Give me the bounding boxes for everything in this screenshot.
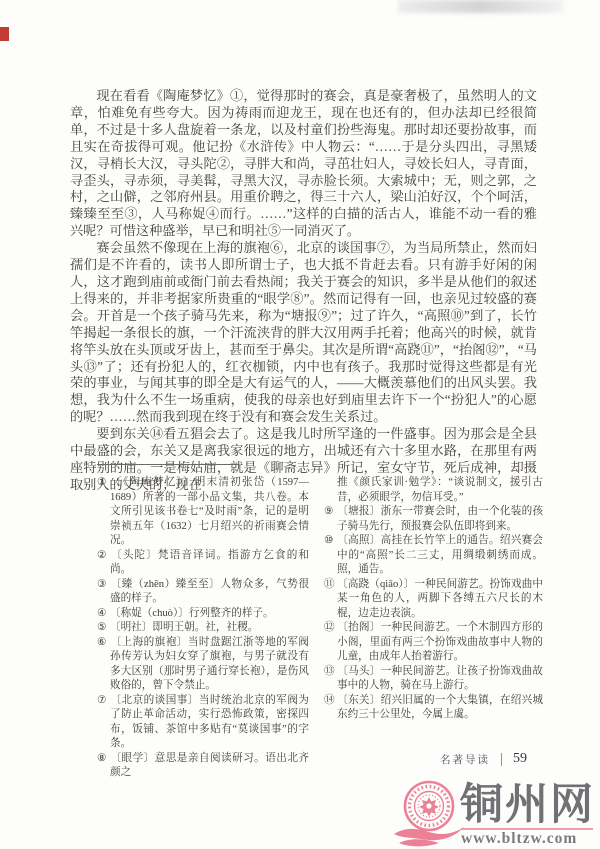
footnote-text: 〔《陶庵梦忆》〕明末清初张岱（1597—1689）所著的一部小品文集，共八卷。本… — [110, 477, 309, 546]
footnote-text: 〔东关〕绍兴旧属的一个大集镇，在绍兴城东约三十公里处，今属上虞。 — [337, 695, 543, 721]
footnote-item: ⑦〔北京的谈国事〕当时统治北京的军阀为了防止革命活动，实行恐怖政策，密探四布，饭… — [97, 694, 309, 752]
footnote-number: ⑩ — [324, 534, 337, 549]
page-footer: 名著导读 59 — [440, 751, 527, 767]
paragraph-2: 赛会虽然不像现在上海的旗袍⑥，北京的谈国事⑦，为当局所禁止，然而妇孺们是不许看的… — [70, 240, 537, 426]
paragraph-1: 现在看看《陶庵梦忆》①，觉得那时的赛会，真是豪奢极了，虽然明人的文章，怕难免有些… — [70, 88, 537, 240]
footnote-text: 〔明社〕即明王朝。社，社稷。 — [110, 622, 258, 633]
footnote-number: ⑥ — [97, 636, 110, 651]
footnote-continuation: 推《颜氏家训·勉学》：“谈说制文，援引古昔，必须眼学，勿信耳受。” — [324, 476, 543, 505]
footnote-item: ⑧〔眼学〕意思是亲自阅读研习。语出北齐颜之 — [97, 752, 309, 781]
main-text-block: 现在看看《陶庵梦忆》①，觉得那时的赛会，真是豪奢极了，虽然明人的文章，怕难免有些… — [70, 88, 537, 494]
footnote-item: ⑪〔高跷（qiāo）〕一种民间游艺。扮饰戏曲中某一角色的人，两脚下各缚五六尺长的… — [324, 578, 543, 622]
footnote-number: ② — [97, 549, 110, 564]
footnote-number: ⑬ — [324, 665, 337, 680]
footnote-item: ③〔臻（zhēn）臻至至〕人物众多，气势很盛的样子。 — [97, 578, 309, 607]
footnotes-left-column: ①〔《陶庵梦忆》〕明末清初张岱（1597—1689）所著的一部小品文集，共八卷。… — [97, 476, 309, 781]
footnote-number: ④ — [97, 607, 110, 622]
footnote-text: 〔北京的谈国事〕当时统治北京的军阀为了防止革命活动，实行恐怖政策，密探四布，饭铺… — [110, 695, 309, 750]
footnote-number: ① — [97, 476, 110, 491]
footnote-number: ③ — [97, 578, 110, 593]
footnotes-right-column: 推《颜氏家训·勉学》：“谈说制文，援引古昔，必须眼学，勿信耳受。” ⑨〔塘报〕浙… — [324, 476, 543, 781]
footer-divider — [501, 753, 502, 766]
footnote-item: ②〔头陀〕梵语音译词。指游方乞食的和尚。 — [97, 549, 309, 578]
footnote-text: 〔塘报〕浙东一带赛会时，由一个化装的孩子骑马先行，预报赛会队伍即将到来。 — [337, 506, 543, 532]
footnote-item: ⑭〔东关〕绍兴旧属的一个大集镇，在绍兴城东约三十公里处，今属上虞。 — [324, 694, 543, 723]
footnotes-block: ①〔《陶庵梦忆》〕明末清初张岱（1597—1689）所著的一部小品文集，共八卷。… — [97, 476, 543, 781]
footnote-number: ⑪ — [324, 578, 337, 593]
footnote-number: ⑫ — [324, 621, 337, 636]
footnote-text: 〔马头〕一种民间游艺。让孩子扮饰戏曲故事中的人物，骑在马上游行。 — [337, 666, 543, 692]
footer-section-label: 名著导读 — [440, 752, 490, 767]
footnote-item: ①〔《陶庵梦忆》〕明末清初张岱（1597—1689）所著的一部小品文集，共八卷。… — [97, 476, 309, 549]
footnote-item: ④〔称娖（chuò）〕行列整齐的样子。 — [97, 607, 309, 622]
footnote-separator-rule — [97, 464, 238, 465]
footnote-text: 〔头陀〕梵语音译词。指游方乞食的和尚。 — [110, 550, 309, 576]
page-number: 59 — [513, 751, 527, 767]
footnote-number: ⑦ — [97, 694, 110, 709]
footnote-text: 〔高照〕高挂在长竹竿上的通告。绍兴赛会中的“高照”长二三丈，用绸缎刺绣而成。照，… — [337, 535, 543, 575]
footnote-text: 〔上海的旗袍〕当时盘踞江浙等地的军阀孙传芳认为妇女穿了旗袍，与男子就没有多大区别… — [110, 637, 309, 692]
footnote-item: ⑫〔抬阁〕一种民间游艺。一个木制四方形的小阁，里面有两三个扮饰戏曲故事中人物的儿… — [324, 621, 543, 665]
footnote-item: ⑨〔塘报〕浙东一带赛会时，由一个化装的孩子骑马先行，预报赛会队伍即将到来。 — [324, 505, 543, 534]
footnote-number: ⑧ — [97, 752, 110, 767]
footnote-item: ⑩〔高照〕高挂在长竹竿上的通告。绍兴赛会中的“高照”长二三丈，用绸缎刺绣而成。照… — [324, 534, 543, 578]
watermark-site-name: 铜州网 — [460, 782, 596, 828]
footnote-item: ⑬〔马头〕一种民间游艺。让孩子扮饰戏曲故事中的人物，骑在马上游行。 — [324, 665, 543, 694]
footnote-text: 〔眼学〕意思是亲自阅读研习。语出北齐颜之 — [110, 753, 309, 779]
footnote-item: ⑤〔明社〕即明王朝。社，社稷。 — [97, 621, 309, 636]
watermark-url: www.bltzw.com — [461, 830, 577, 848]
footnote-text: 〔称娖（chuò）〕行列整齐的样子。 — [110, 608, 274, 619]
footnote-number: ⑤ — [97, 621, 110, 636]
footnote-text: 〔臻（zhēn）臻至至〕人物众多，气势很盛的样子。 — [110, 579, 309, 605]
footnote-text: 〔抬阁〕一种民间游艺。一个木制四方形的小阁，里面有两三个扮饰戏曲故事中人物的儿童… — [337, 622, 543, 662]
watermark-rosette-logo-icon — [391, 778, 467, 848]
footnote-number: ⑭ — [324, 694, 337, 709]
footnote-item: ⑥〔上海的旗袍〕当时盘踞江浙等地的军阀孙传芳认为妇女穿了旗袍，与男子就没有多大区… — [97, 636, 309, 694]
footnote-text: 〔高跷（qiāo）〕一种民间游艺。扮饰戏曲中某一角色的人，两脚下各缚五六尺长的木… — [337, 579, 543, 619]
scan-artifact-smudge — [398, 0, 563, 13]
red-corner-mark — [0, 27, 9, 41]
footnote-number: ⑨ — [324, 505, 337, 520]
